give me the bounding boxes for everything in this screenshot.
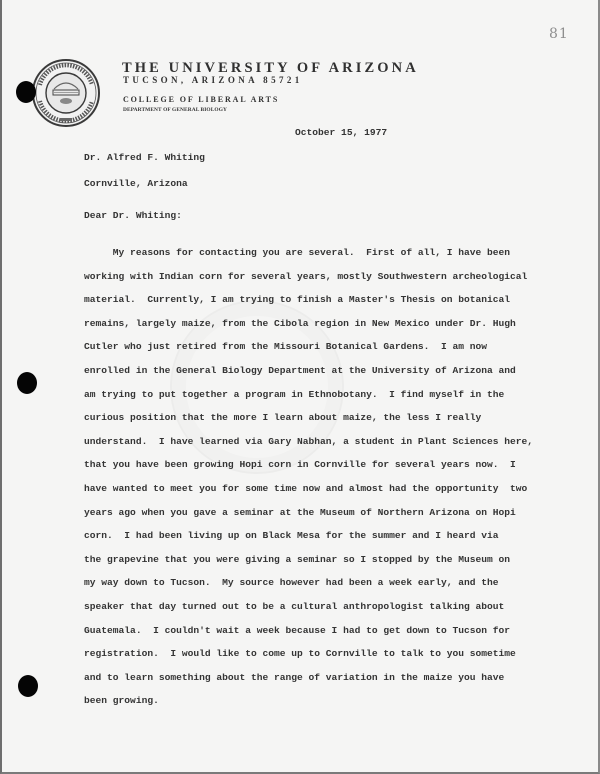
punch-hole-middle: [17, 372, 37, 394]
body-line: and to learn something about the range o…: [84, 666, 533, 690]
body-line: years ago when you gave a seminar at the…: [84, 501, 533, 525]
body-line: registration. I would like to come up to…: [84, 642, 533, 666]
letterhead-department: DEPARTMENT OF GENERAL BIOLOGY: [123, 107, 227, 113]
body-line: curious position that the more I learn a…: [84, 406, 533, 430]
punch-hole-bottom: [18, 675, 38, 697]
recipient-location: Cornville, Arizona: [84, 172, 188, 196]
body-line: enrolled in the General Biology Departme…: [84, 359, 533, 383]
recipient-name: Dr. Alfred F. Whiting: [84, 146, 205, 170]
body-line: have wanted to meet you for some time no…: [84, 477, 533, 501]
punch-hole-top: [16, 81, 36, 103]
body-line: been growing.: [84, 689, 533, 713]
letter-page: 81 THE UNIVERSITY OF ARIZONA TUCSON, ARI…: [0, 0, 600, 774]
body-line: material. Currently, I am trying to fini…: [84, 288, 533, 312]
body-line: Guatemala. I couldn't wait a week becaus…: [84, 619, 533, 643]
letter-date: October 15, 1977: [295, 121, 387, 145]
salutation: Dear Dr. Whiting:: [84, 204, 182, 228]
body-line: am trying to put together a program in E…: [84, 383, 533, 407]
page-number: 81: [549, 26, 569, 42]
body-line: corn. I had been living up on Black Mesa…: [84, 524, 533, 548]
body-line: working with Indian corn for several yea…: [84, 265, 533, 289]
body-line: Cutler who just retired from the Missour…: [84, 335, 533, 359]
body-line: understand. I have learned via Gary Nabh…: [84, 430, 533, 454]
letter-body: My reasons for contacting you are severa…: [84, 241, 533, 713]
body-line: that you have been growing Hopi corn in …: [84, 453, 533, 477]
body-line: remains, largely maize, from the Cibola …: [84, 312, 533, 336]
letterhead-college: COLLEGE OF LIBERAL ARTS: [123, 95, 279, 104]
body-line: my way down to Tucson. My source however…: [84, 571, 533, 595]
body-line: speaker that day turned out to be a cult…: [84, 595, 533, 619]
body-line: My reasons for contacting you are severa…: [84, 241, 533, 265]
letterhead-city: TUCSON, ARIZONA 85721: [123, 75, 303, 85]
university-seal-icon: [32, 59, 100, 127]
body-line: the grapevine that you were giving a sem…: [84, 548, 533, 572]
